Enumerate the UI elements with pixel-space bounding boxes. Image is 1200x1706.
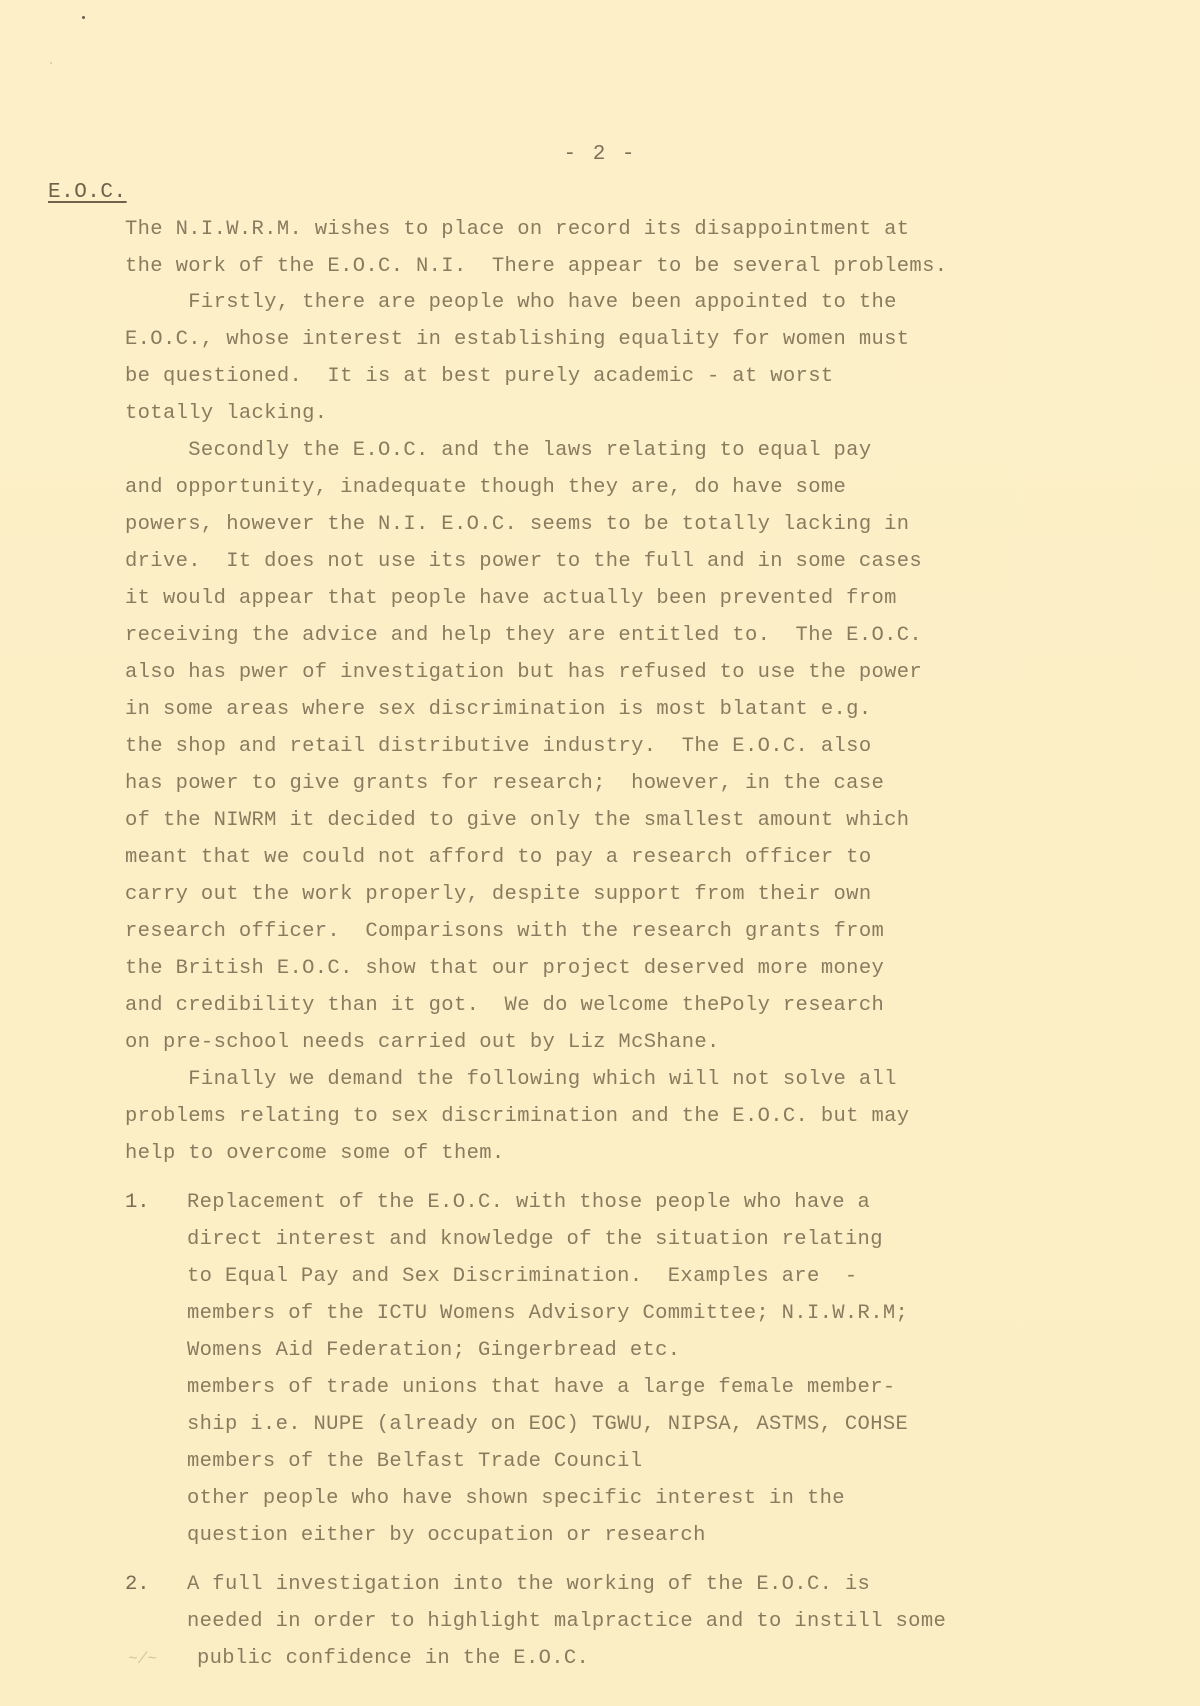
paper-speck — [50, 62, 52, 64]
text-line: receiving the advice and help they are e… — [125, 624, 922, 648]
text-line: totally lacking. — [125, 402, 327, 426]
list-item-line: Womens Aid Federation; Gingerbread etc. — [187, 1339, 680, 1363]
list-item-line: needed in order to highlight malpractice… — [187, 1610, 946, 1634]
text-line: the shop and retail distributive industr… — [125, 735, 871, 759]
text-line: powers, however the N.I. E.O.C. seems to… — [125, 513, 909, 537]
text-line: Firstly, there are people who have been … — [125, 291, 897, 315]
text-line: drive. It does not use its power to the … — [125, 550, 922, 574]
text-line: carry out the work properly, despite sup… — [125, 883, 871, 907]
list-item-line: members of the Belfast Trade Council — [187, 1450, 642, 1474]
text-line: problems relating to sex discrimination … — [125, 1105, 909, 1129]
section-heading: E.O.C. — [48, 181, 127, 204]
text-line: research officer. Comparisons with the r… — [125, 920, 884, 944]
text-line: of the NIWRM it decided to give only the… — [125, 809, 909, 833]
paper-speck — [82, 16, 85, 19]
list-number: 2. — [125, 1573, 150, 1597]
list-item-line: direct interest and knowledge of the sit… — [187, 1228, 883, 1252]
list-item-line: other people who have shown specific int… — [187, 1487, 845, 1511]
text-line: Secondly the E.O.C. and the laws relatin… — [125, 439, 871, 463]
list-item-line: members of trade unions that have a larg… — [187, 1376, 896, 1400]
text-line: meant that we could not afford to pay a … — [125, 846, 871, 870]
document-page: - 2 - E.O.C. The N.I.W.R.M. wishes to pl… — [0, 0, 1200, 1706]
list-item-line: question either by occupation or researc… — [187, 1524, 706, 1548]
text-line: and credibility than it got. We do welco… — [125, 994, 884, 1018]
list-item-line: Replacement of the E.O.C. with those peo… — [187, 1191, 870, 1215]
text-line: The N.I.W.R.M. wishes to place on record… — [125, 218, 909, 242]
text-line: E.O.C., whose interest in establishing e… — [125, 328, 909, 352]
text-line: on pre-school needs carried out by Liz M… — [125, 1031, 720, 1055]
text-line: the British E.O.C. show that our project… — [125, 957, 884, 981]
list-item-line: public confidence in the E.O.C. — [197, 1647, 589, 1671]
list-number: 1. — [125, 1191, 150, 1215]
page-number: - 2 - — [0, 143, 1200, 166]
text-line: in some areas where sex discrimination i… — [125, 698, 871, 722]
text-line: has power to give grants for research; h… — [125, 772, 884, 796]
text-line: the work of the E.O.C. N.I. There appear… — [125, 255, 947, 279]
text-line: it would appear that people have actuall… — [125, 587, 897, 611]
text-line: also has pwer of investigation but has r… — [125, 661, 922, 685]
handwritten-margin-mark: ~/~ — [128, 1650, 157, 1668]
list-item-line: to Equal Pay and Sex Discrimination. Exa… — [187, 1265, 858, 1289]
list-item-line: A full investigation into the working of… — [187, 1573, 870, 1597]
text-line: Finally we demand the following which wi… — [125, 1068, 897, 1092]
text-line: be questioned. It is at best purely acad… — [125, 365, 834, 389]
list-item-line: ship i.e. NUPE (already on EOC) TGWU, NI… — [187, 1413, 908, 1437]
list-item-line: members of the ICTU Womens Advisory Comm… — [187, 1302, 908, 1326]
text-line: and opportunity, inadequate though they … — [125, 476, 846, 500]
text-line: help to overcome some of them. — [125, 1142, 505, 1166]
